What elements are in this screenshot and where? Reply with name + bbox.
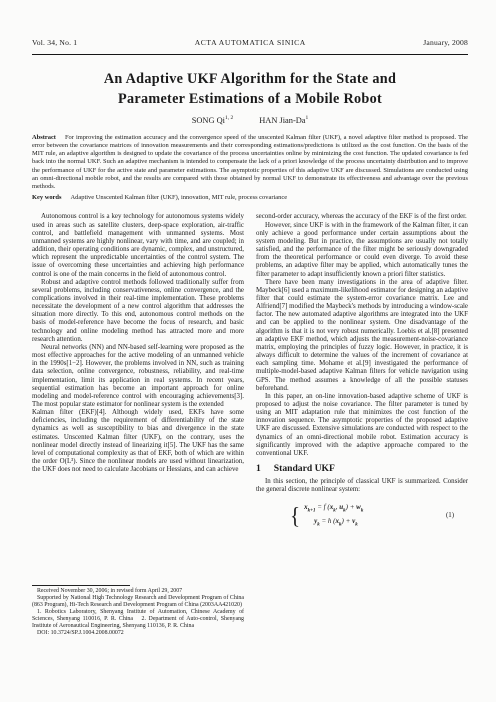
issue-date: January, 2008 xyxy=(423,38,468,47)
paragraph: second-order accuracy, whereas the accur… xyxy=(256,213,468,221)
section-title: Standard UKF xyxy=(274,463,335,474)
equation-number: (1) xyxy=(446,512,454,520)
author-2: HAN Jian-Da1 xyxy=(259,116,308,125)
keywords-label: Key words xyxy=(32,194,62,201)
paragraph: Kalman filter (EKF)[4]. Although widely … xyxy=(32,409,244,474)
section-intro: In this section, the principle of classi… xyxy=(256,478,468,494)
footnote-block: Received November 30, 2006; in revised f… xyxy=(32,585,244,637)
keywords: Key wordsAdaptive Unscented Kalman filte… xyxy=(32,194,468,202)
journal-name: ACTA AUTOMATICA SINICA xyxy=(195,38,306,47)
abstract: AbstractFor improving the estimation acc… xyxy=(32,134,468,191)
paragraph: Robust and adaptive control methods foll… xyxy=(32,279,244,344)
author-line: SONG Qi1, 2HAN Jian-Da1 xyxy=(32,115,468,125)
equation-lines: xk+1 = f (xk, uk) + wk yk = h (xk) + vk xyxy=(304,502,363,531)
footnote-affiliations: 1. Robotics Laboratory, Shenyang Institu… xyxy=(32,609,244,630)
paragraph: There have been many investigations in t… xyxy=(256,279,468,393)
header-rule xyxy=(32,54,468,55)
paper-title-line2: Parameter Estimations of a Mobile Robot xyxy=(32,89,468,109)
two-column-body: Autonomous control is a key technology f… xyxy=(32,213,468,637)
paragraph: Neural networks (NN) and NN-based self-l… xyxy=(32,344,244,409)
equation-1: { xk+1 = f (xk, uk) + wk yk = h (xk) + v… xyxy=(256,502,468,531)
paragraph: However, since UKF is with in the framew… xyxy=(256,222,468,279)
equation-line-1: xk+1 = f (xk, uk) + wk xyxy=(304,502,363,516)
paper-page: Vol. 34, No. 1 ACTA AUTOMATICA SINICA Ja… xyxy=(0,0,496,702)
abstract-text: For improving the estimation accuracy an… xyxy=(32,134,468,190)
right-column: second-order accuracy, whereas the accur… xyxy=(256,213,468,637)
abstract-label: Abstract xyxy=(32,134,56,141)
volume-issue: Vol. 34, No. 1 xyxy=(32,38,77,47)
footnote-doi: DOI: 10.3724/SP.J.1004.2008.00072 xyxy=(32,630,244,637)
equation-brace: { xyxy=(290,511,300,520)
paragraph: Autonomous control is a key technology f… xyxy=(32,213,244,278)
author-1-affiliation-sup: 1, 2 xyxy=(225,115,233,121)
author-1: SONG Qi1, 2 xyxy=(192,116,234,125)
keywords-text: Adaptive Unscented Kalman filter (UKF), … xyxy=(71,194,288,201)
running-header: Vol. 34, No. 1 ACTA AUTOMATICA SINICA Ja… xyxy=(32,38,468,47)
author-2-affiliation-sup: 1 xyxy=(306,115,309,121)
footnote-rule xyxy=(32,585,130,586)
section-heading: 1Standard UKF xyxy=(256,465,468,473)
paragraph: In this paper, an on-line innovation-bas… xyxy=(256,393,468,458)
paper-title-line1: An Adaptive UKF Algorithm for the State … xyxy=(32,69,468,89)
section-number: 1 xyxy=(256,463,261,474)
equation-line-2: yk = h (xk) + vk xyxy=(304,516,363,530)
footnote-supported: Supported by National High Technology Re… xyxy=(32,595,244,609)
paper-title: An Adaptive UKF Algorithm for the State … xyxy=(32,69,468,109)
left-column: Autonomous control is a key technology f… xyxy=(32,213,244,637)
